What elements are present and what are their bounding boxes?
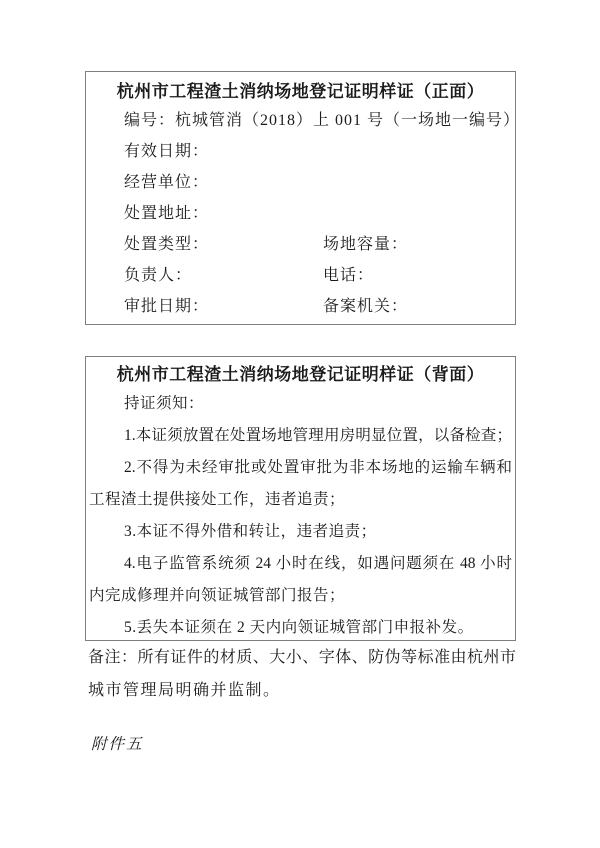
notice-line-2b: 工程渣土提供接处工作，违者追责； — [89, 484, 512, 516]
address-label: 处置地址： — [89, 198, 512, 229]
notice-line-4a: 4.电子监管系统须 24 小时在线，如遇问题须在 48 小时 — [89, 548, 512, 580]
manager-label: 负责人： — [124, 260, 323, 291]
notice-line-3: 3.本证不得外借和转让，违者追责； — [89, 516, 512, 548]
approval-registry-row: 审批日期：备案机关： — [89, 291, 512, 322]
notice-line-1: 1.本证须放置在处置场地管理用房明显位置，以备检查； — [89, 420, 512, 452]
notice-line-4b: 内完成修理并向领证城管部门报告； — [89, 580, 512, 612]
serial-number-line: 编号：杭城管消（2018）上 001 号（一场地一编号） — [89, 105, 512, 136]
operator-label: 经营单位： — [89, 167, 512, 198]
capacity-label: 场地容量： — [323, 236, 408, 253]
remark-line-2: 城市管理局明确并监制。 — [88, 674, 516, 707]
notice-line-2a: 2.不得为未经审批或处置审批为非本场地的运输车辆和 — [89, 452, 512, 484]
notice-line-5: 5.丢失本证须在 2 天内向领证城管部门申报补发。 — [89, 612, 512, 644]
back-card-title: 杭州市工程渣土消纳场地登记证明样证（背面） — [89, 362, 512, 388]
remark-line-1: 备注：所有证件的材质、大小、字体、防伪等标准由杭州市 — [88, 641, 516, 674]
manager-phone-row: 负责人：电话： — [89, 260, 512, 291]
registry-label: 备案机关： — [323, 298, 408, 315]
attachment-five-label: 附件五 — [91, 733, 144, 757]
approval-date-label: 审批日期： — [124, 291, 323, 322]
back-certificate-card: 杭州市工程渣土消纳场地登记证明样证（背面） 持证须知： 1.本证须放置在处置场地… — [85, 356, 516, 641]
front-card-title: 杭州市工程渣土消纳场地登记证明样证（正面） — [89, 79, 512, 105]
valid-date-label: 有效日期： — [89, 136, 512, 167]
front-certificate-card: 杭州市工程渣土消纳场地登记证明样证（正面） 编号：杭城管消（2018）上 001… — [85, 71, 516, 325]
type-capacity-row: 处置类型：场地容量： — [89, 229, 512, 260]
notice-heading: 持证须知： — [89, 388, 512, 420]
disposal-type-label: 处置类型： — [124, 229, 323, 260]
remark-paragraph: 备注：所有证件的材质、大小、字体、防伪等标准由杭州市 城市管理局明确并监制。 — [85, 641, 516, 707]
phone-label: 电话： — [323, 267, 374, 284]
